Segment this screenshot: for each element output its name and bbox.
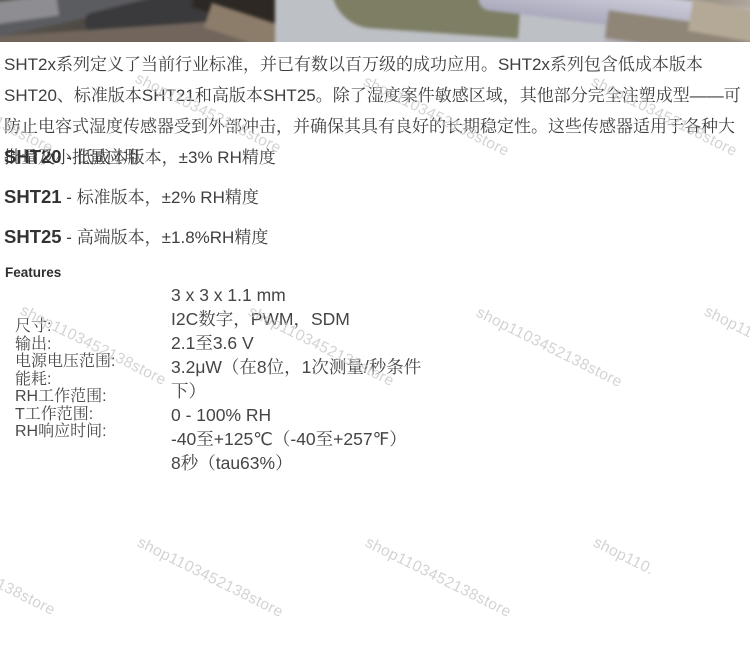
variant-model: SHT20 xyxy=(4,146,62,167)
watermark-text: shop1103452138store xyxy=(134,534,286,622)
variant-description: 低成本版本，±3% RH精度 xyxy=(77,148,276,167)
spec-value-rh-range: 0 - 100% RH xyxy=(171,403,421,427)
watermark-text-partial: shop110. xyxy=(590,534,657,579)
spec-label-t-range: T工作范围: xyxy=(15,406,115,424)
spec-label-column: 尺寸: 输出: 电源电压范围: 能耗: RH工作范围: T工作范围: RH响应时… xyxy=(15,318,115,441)
spec-label-size: 尺寸: xyxy=(15,318,115,336)
variant-description: 高端版本，±1.8%RH精度 xyxy=(77,228,269,247)
photo-abstract-shapes xyxy=(0,0,750,42)
spec-value-response-time: 8秒（tau63%） xyxy=(171,451,421,475)
product-photo-crop xyxy=(0,0,750,42)
spec-value-size: 3 x 3 x 1.1 mm xyxy=(171,283,421,307)
spec-label-energy: 能耗: xyxy=(15,371,115,389)
watermark-text: shop1103452138store xyxy=(701,303,750,391)
variant-line-sht20: SHT20 - 低成本版本，±3% RH精度 xyxy=(4,141,276,173)
variant-model: SHT25 xyxy=(4,226,62,247)
features-heading: Features xyxy=(5,264,61,282)
variant-separator: - xyxy=(62,188,77,207)
variant-model: SHT21 xyxy=(4,186,62,207)
spec-label-rh-range: RH工作范围: xyxy=(15,388,115,406)
spec-value-output: I2C数字，PWM，SDM xyxy=(171,307,421,331)
variant-separator: - xyxy=(62,148,77,167)
variant-description: 标准版本，±2% RH精度 xyxy=(77,188,259,207)
watermark-text: shop1103452138store xyxy=(473,304,625,392)
variant-line-sht25: SHT25 - 高端版本，±1.8%RH精度 xyxy=(4,221,268,253)
watermark-text: shop1103452138store xyxy=(362,534,514,622)
variant-separator: - xyxy=(62,228,77,247)
watermark-text: shop1103452138store xyxy=(0,532,58,620)
spec-value-voltage: 2.1至3.6 V xyxy=(171,331,421,355)
variant-line-sht21: SHT21 - 标准版本，±2% RH精度 xyxy=(4,181,259,213)
spec-value-t-range: -40至+125℃（-40至+257℉） xyxy=(171,427,421,451)
spec-label-output: 输出: xyxy=(15,336,115,354)
spec-label-supply-voltage: 电源电压范围: xyxy=(15,353,115,371)
spec-value-power-line1: 3.2μW（在8位，1次测量/秒条件 xyxy=(171,355,421,379)
spec-label-rh-response: RH响应时间: xyxy=(15,423,115,441)
spec-value-column: 3 x 3 x 1.1 mm I2C数字，PWM，SDM 2.1至3.6 V 3… xyxy=(171,283,421,475)
product-description-page: SHT2x系列定义了当前行业标准，并已有数以百万级的成功应用。SHT2x系列包含… xyxy=(0,0,750,658)
spec-value-power-line2: 下） xyxy=(171,379,421,403)
